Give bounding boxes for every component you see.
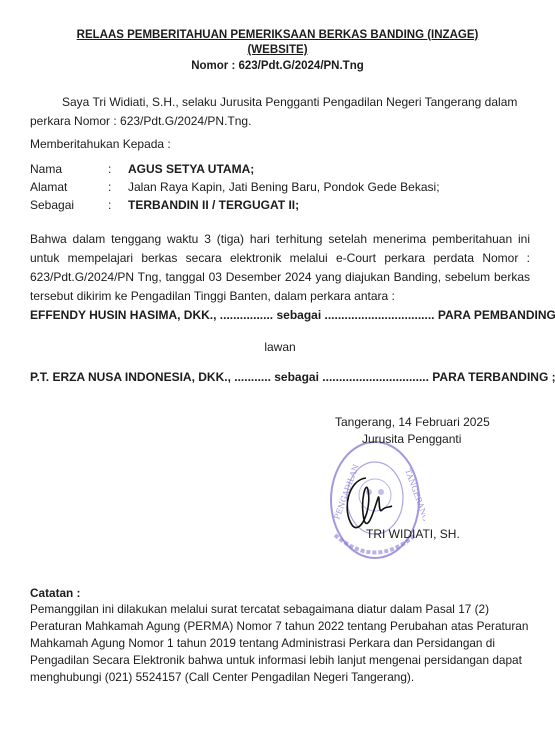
appellant-line: EFFENDY HUSIN HASIMA, DKK., ............… — [30, 306, 530, 325]
recipient-name-label: Nama — [30, 162, 108, 176]
signature-role: Jurusita Pengganti — [362, 431, 547, 448]
signature-place-date: Tangerang, 14 Februari 2025 — [335, 414, 520, 431]
svg-text:TANGERANG: TANGERANG — [403, 468, 425, 523]
notes-line-4: Pengadilan Secara Elektronik bahwa untuk… — [30, 652, 530, 669]
notes-line-3: Mahkamah Agung Nomor 1 tahun 2019 tentan… — [30, 635, 530, 652]
separator: : — [108, 162, 128, 176]
recipient-role-label: Sebagai — [30, 198, 108, 212]
intro-line-1: Saya Tri Widiati, S.H., selaku Jurusita … — [30, 93, 530, 112]
recipient-name-value: AGUS SETYA UTAMA; — [128, 162, 254, 176]
recipient-address-label: Alamat — [30, 180, 108, 194]
document-title: RELAAS PEMBERITAHUAN PEMERIKSAAN BERKAS … — [0, 29, 555, 41]
separator: : — [108, 180, 128, 194]
separator: : — [108, 198, 128, 212]
notes-line-5: menghubungi (021) 5524157 (Call Center P… — [30, 669, 530, 686]
respondent-line: P.T. ERZA NUSA INDONESIA, DKK., ........… — [30, 368, 530, 387]
recipient-role-row: Sebagai:TERBANDIN II / TERGUGAT II; — [30, 198, 299, 212]
recipient-name-row: Nama:AGUS SETYA UTAMA; — [30, 162, 254, 176]
notes-heading: Catatan : — [30, 585, 530, 602]
notify-to-label: Memberitahukan Kepada : — [30, 135, 530, 154]
body-paragraph: Bahwa dalam tenggang waktu 3 (tiga) hari… — [30, 230, 530, 306]
notes-line-2: Peraturan Mahkamah Agung (PERMA) Nomor 7… — [30, 618, 530, 635]
document-number: Nomor : 623/Pdt.G/2024/PN.Tng — [0, 60, 555, 72]
intro-line-2: perkara Nomor : 623/Pdt.G/2024/PN.Tng. — [30, 112, 530, 131]
recipient-address-row: Alamat:Jalan Raya Kapin, Jati Bening Bar… — [30, 180, 440, 194]
document-subtitle: (WEBSITE) — [0, 44, 555, 56]
recipient-role-value: TERBANDIN II / TERGUGAT II; — [128, 198, 299, 212]
recipient-address-value: Jalan Raya Kapin, Jati Bening Baru, Pond… — [128, 180, 440, 194]
versus-label: lawan — [30, 338, 530, 357]
notes-line-1: Pemanggilan ini dilakukan melalui surat … — [30, 601, 530, 618]
signature-name: TRI WIDIATI, SH. — [366, 526, 551, 543]
